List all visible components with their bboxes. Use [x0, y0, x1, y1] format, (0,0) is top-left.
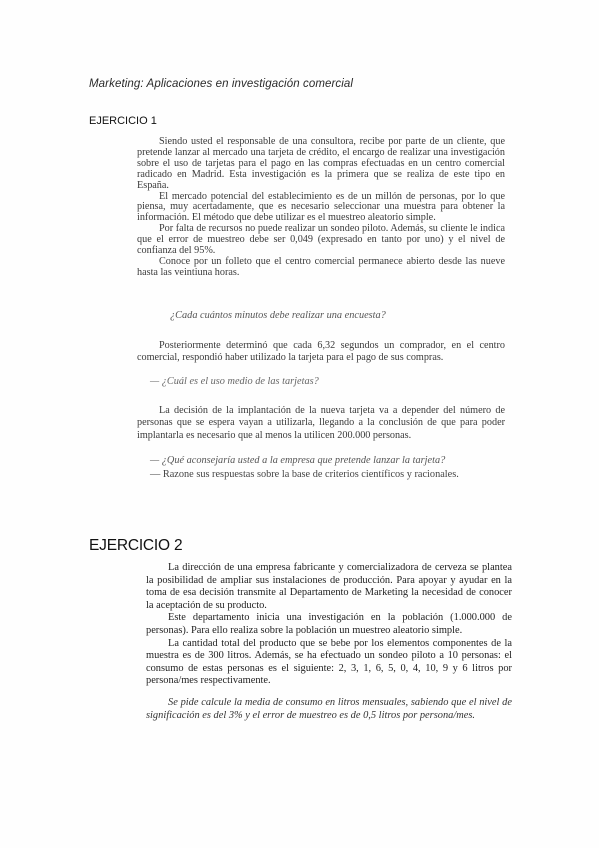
paragraph: El mercado potencial del establecimiento… — [137, 192, 505, 225]
exercise-1-title: EJERCICIO 1 — [89, 115, 157, 127]
paragraph: Posteriormente determinó que cada 6,32 s… — [137, 340, 505, 365]
paragraph: La decisión de la implantación de la nue… — [137, 405, 505, 442]
exercise-1-bullet-1: — ¿Qué aconsejaría usted a la empresa qu… — [150, 455, 445, 466]
document-page: Marketing: Aplicaciones en investigación… — [0, 0, 599, 848]
paragraph: La dirección de una empresa fabricante y… — [146, 562, 512, 612]
paragraph: Por falta de recursos no puede realizar … — [137, 224, 505, 257]
exercise-1-followup: Posteriormente determinó que cada 6,32 s… — [137, 340, 505, 365]
exercise-2-statement: La dirección de una empresa fabricante y… — [146, 562, 512, 688]
paragraph: La cantidad total del producto que se be… — [146, 638, 512, 688]
paragraph: Este departamento inicia una investigaci… — [146, 612, 512, 637]
paragraph: Siendo usted el responsable de una consu… — [137, 137, 505, 192]
exercise-1-statement: Siendo usted el responsable de una consu… — [137, 137, 505, 279]
exercise-2-title: EJERCICIO 2 — [89, 537, 182, 555]
exercise-1-bullet-2: — Razone sus respuestas sobre la base de… — [150, 469, 459, 480]
paragraph: Conoce por un folleto que el centro come… — [137, 257, 505, 279]
exercise-1-question-2: — ¿Cuál es el uso medio de las tarjetas? — [150, 376, 319, 387]
paragraph: Se pide calcule la media de consumo en l… — [146, 697, 512, 722]
exercise-1-question-1: ¿Cada cuántos minutos debe realizar una … — [170, 310, 386, 321]
running-header: Marketing: Aplicaciones en investigación… — [89, 78, 353, 90]
exercise-2-task: Se pide calcule la media de consumo en l… — [146, 697, 512, 722]
exercise-1-decision: La decisión de la implantación de la nue… — [137, 405, 505, 442]
